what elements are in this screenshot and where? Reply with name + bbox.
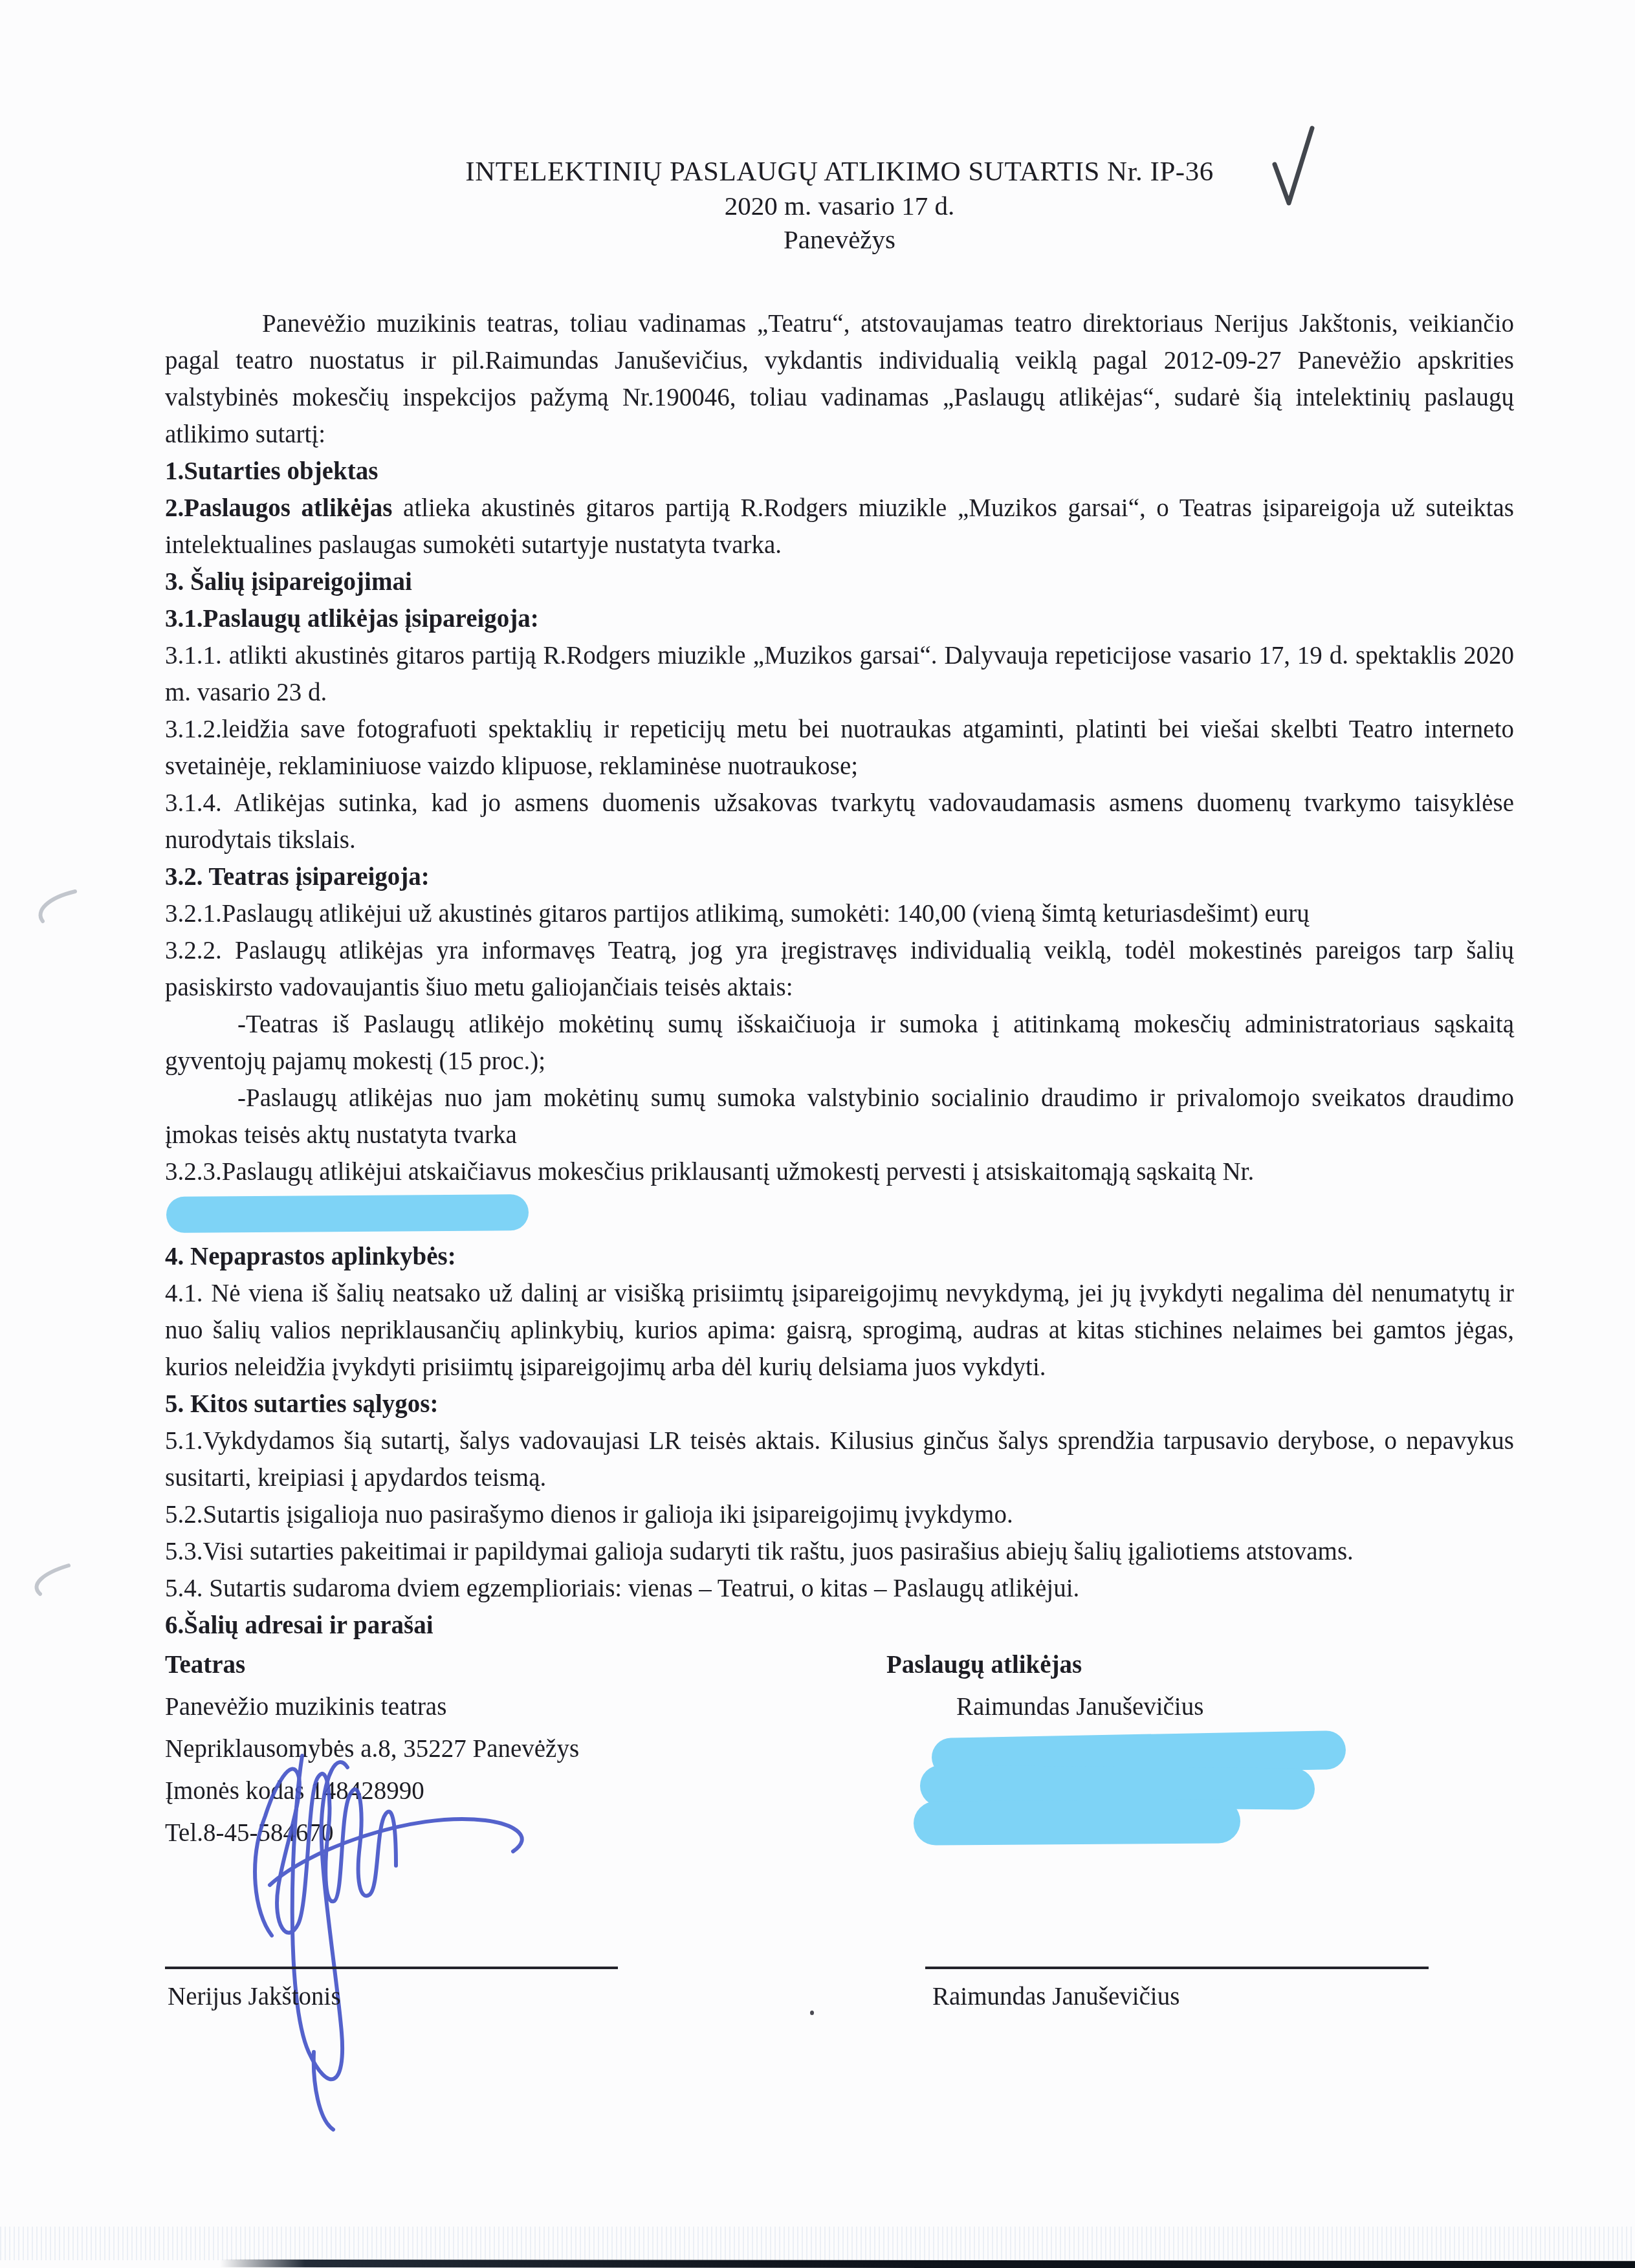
performer-name: Raimundas Januševičius <box>886 1686 1514 1728</box>
intro-paragraph: Panevėžio muzikinis teatras, toliau vadi… <box>165 305 1514 453</box>
scan-artifact-bottom-edge <box>220 2260 1635 2268</box>
section-4-heading: 4. Nepaprastos aplinkybės: <box>165 1238 1514 1275</box>
clause-3-1-4: 3.1.4. Atlikėjas sutinka, kad jo asmens … <box>165 785 1514 858</box>
contract-body: Panevėžio muzikinis teatras, toliau vadi… <box>165 305 1514 2149</box>
signature-line-theatre <box>165 1967 618 1969</box>
section-3-1-heading: 3.1.Paslaugų atlikėjas įsipareigoja: <box>165 600 1514 637</box>
redaction-bar-performer-3 <box>914 1799 1240 1846</box>
clause-4-1: 4.1. Nė viena iš šalių neatsako už dalin… <box>165 1275 1514 1386</box>
section-3-heading: 3. Šalių įsipareigojimai <box>165 563 1514 600</box>
performer-signatory-name: Raimundas Januševičius <box>932 1978 1180 2015</box>
clause-3-2-2-b: -Paslaugų atlikėjas nuo jam mokėtinų sum… <box>165 1080 1514 1153</box>
clause-3-1-1: 3.1.1. atlikti akustinės gitaros partiją… <box>165 637 1514 711</box>
section-5-heading: 5. Kitos sutarties sąlygos: <box>165 1386 1514 1423</box>
performer-address-column: Paslaugų atlikėjas Raimundas Januševičiu… <box>886 1644 1514 1854</box>
document-content: INTELEKTINIŲ PASLAUGŲ ATLIKIMO SUTARTIS … <box>165 155 1514 2149</box>
performer-redaction-bars <box>886 1734 1514 1844</box>
clause-3-2-2: 3.2.2. Paslaugų atlikėjas yra informavęs… <box>165 932 1514 1006</box>
clause-5-2: 5.2.Sutartis įsigalioja nuo pasirašymo d… <box>165 1496 1514 1533</box>
signature-area: Nerijus Jakštonis Raimundas Januševičius <box>165 1871 1514 2149</box>
parties-address-block: Teatras Panevėžio muzikinis teatras Nepr… <box>165 1644 1514 1854</box>
theatre-name: Panevėžio muzikinis teatras <box>165 1686 886 1728</box>
clause-5-4: 5.4. Sutartis sudaroma dviem egzempliori… <box>165 1570 1514 1607</box>
clause-3-2-1: 3.2.1.Paslaugų atlikėjui už akustinės gi… <box>165 895 1514 932</box>
redaction-bar-account-number <box>166 1194 529 1233</box>
scanned-contract-page: INTELEKTINIŲ PASLAUGŲ ATLIKIMO SUTARTIS … <box>0 0 1635 2268</box>
section-3-2-heading: 3.2. Teatras įsipareigoja: <box>165 858 1514 895</box>
scan-artifact-noise-band <box>0 2227 1635 2260</box>
clause-3-2-3: 3.2.3.Paslaugų atlikėjui atskaičiavus mo… <box>165 1153 1514 1190</box>
clause-5-3: 5.3.Visi sutarties pakeitimai ir papildy… <box>165 1533 1514 1570</box>
theatre-address-column: Teatras Panevėžio muzikinis teatras Nepr… <box>165 1644 886 1854</box>
section-6-heading: 6.Šalių adresai ir parašai <box>165 1607 1514 1644</box>
theatre-street: Nepriklausomybės a.8, 35227 Panevėžys <box>165 1728 886 1770</box>
theatre-phone: Tel.8-45-584670 <box>165 1812 886 1854</box>
clause-3-1-2: 3.1.2.leidžia save fotografuoti spektakl… <box>165 711 1514 785</box>
theatre-heading: Teatras <box>165 1644 886 1686</box>
theatre-signatory-name: Nerijus Jakštonis <box>168 1978 341 2015</box>
clause-3-2-2-a: -Teatras iš Paslaugų atlikėjo mokėtinų s… <box>165 1006 1514 1080</box>
section-2-lead: 2.Paslaugos atlikėjas <box>165 494 392 522</box>
section-1-heading: 1.Sutarties objektas <box>165 453 1514 490</box>
scan-artifact-curve-top <box>30 888 82 926</box>
performer-heading: Paslaugų atlikėjas <box>886 1644 1514 1686</box>
theatre-company-code: Įmonės kodas 148428990 <box>165 1770 886 1812</box>
scan-artifact-dot <box>810 2011 814 2015</box>
scan-artifact-curve-bottom <box>26 1560 78 1599</box>
clause-5-1: 5.1.Vykdydamos šią sutartį, šalys vadova… <box>165 1423 1514 1496</box>
contract-city: Panevėžys <box>165 223 1514 256</box>
checkmark-icon <box>1269 124 1321 208</box>
signature-line-performer <box>925 1967 1429 1969</box>
section-2-paragraph: 2.Paslaugos atlikėjas atlieka akustinės … <box>165 490 1514 563</box>
